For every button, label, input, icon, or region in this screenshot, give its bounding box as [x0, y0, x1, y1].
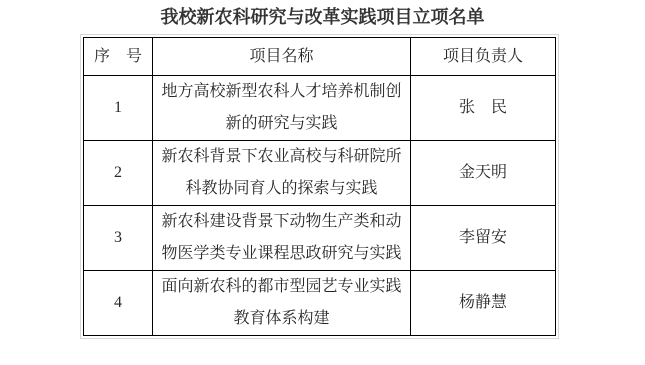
- project-roster-table: 序 号 项目名称 项目负责人 1 地方高校新型农科人才培养机制创新的研究与实践 …: [83, 37, 556, 336]
- cell-project: 地方高校新型农科人才培养机制创新的研究与实践: [153, 76, 411, 141]
- header-cell-number: 序 号: [84, 38, 153, 76]
- table-header-row: 序 号 项目名称 项目负责人: [84, 38, 556, 76]
- table-row: 2 新农科背景下农业高校与科研院所科教协同育人的探索与实践 金天明: [84, 141, 556, 206]
- cell-leader: 李留安: [411, 206, 556, 271]
- cell-leader: 杨静慧: [411, 271, 556, 336]
- table-row: 3 新农科建设背景下动物生产类和动物医学类专业课程思政研究与实践 李留安: [84, 206, 556, 271]
- document-page: 我校新农科研究与改革实践项目立项名单 序 号 项目名称 项目负责人 1 地方高校…: [0, 0, 645, 365]
- header-cell-project: 项目名称: [153, 38, 411, 76]
- cell-number: 1: [84, 76, 153, 141]
- table-row: 4 面向新农科的都市型园艺专业实践教育体系构建 杨静慧: [84, 271, 556, 336]
- cell-project: 新农科建设背景下动物生产类和动物医学类专业课程思政研究与实践: [153, 206, 411, 271]
- cell-number: 4: [84, 271, 153, 336]
- header-cell-leader: 项目负责人: [411, 38, 556, 76]
- cell-number: 3: [84, 206, 153, 271]
- cell-leader: 金天明: [411, 141, 556, 206]
- table-row: 1 地方高校新型农科人才培养机制创新的研究与实践 张 民: [84, 76, 556, 141]
- cell-leader: 张 民: [411, 76, 556, 141]
- cell-number: 2: [84, 141, 153, 206]
- page-title: 我校新农科研究与改革实践项目立项名单: [0, 7, 645, 28]
- cell-project: 面向新农科的都市型园艺专业实践教育体系构建: [153, 271, 411, 336]
- cell-project: 新农科背景下农业高校与科研院所科教协同育人的探索与实践: [153, 141, 411, 206]
- table-outer-frame: 序 号 项目名称 项目负责人 1 地方高校新型农科人才培养机制创新的研究与实践 …: [80, 34, 559, 339]
